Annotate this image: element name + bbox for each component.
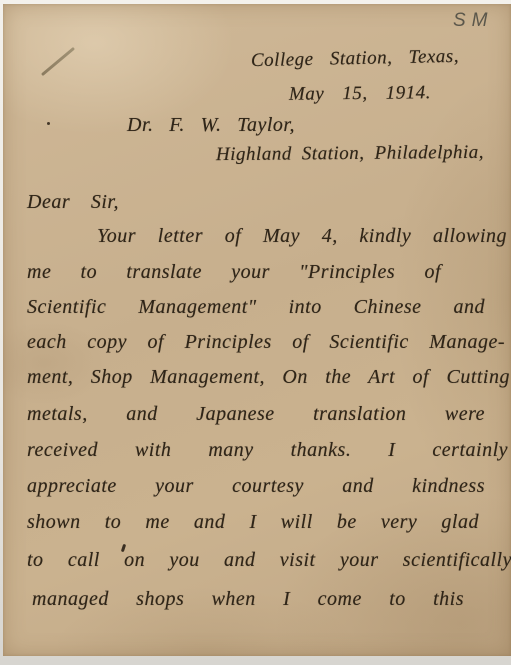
ink-dot: [47, 122, 50, 125]
body-line: shown to me and I will be very glad: [27, 511, 479, 534]
body-line: metals, and Japanese translation were: [27, 403, 485, 426]
body-line: ment, Shop Management, On the Art of Cut…: [27, 366, 510, 389]
date-line: May 15, 1914.: [289, 82, 431, 105]
body-line: managed shops when I come to this: [32, 588, 464, 611]
body-line: appreciate your courtesy and kindness: [27, 475, 485, 498]
pencil-check-mark: [41, 47, 75, 76]
body-line: each copy of Principles of Scientific Ma…: [27, 331, 505, 354]
letter-paper: SM College Station, Texas, May 15, 1914.…: [3, 4, 511, 656]
salutation-line: Dear Sir,: [27, 191, 119, 214]
body-line: to call on you and visit your scientific…: [27, 549, 511, 572]
recipient-address-line: Highland Station, Philadelphia,: [216, 142, 484, 166]
page-marker-initials: SM: [453, 10, 494, 32]
body-line: me to translate your "Principles of: [27, 261, 441, 284]
scan-background: SM College Station, Texas, May 15, 1914.…: [0, 0, 511, 665]
body-line: Scientific Management" into Chinese and: [27, 296, 485, 319]
place-line: College Station, Texas,: [251, 46, 459, 72]
body-line: Your letter of May 4, kindly allowing: [97, 225, 507, 248]
body-line: received with many thanks. I certainly: [27, 439, 508, 462]
recipient-name-line: Dr. F. W. Taylor,: [127, 114, 295, 137]
